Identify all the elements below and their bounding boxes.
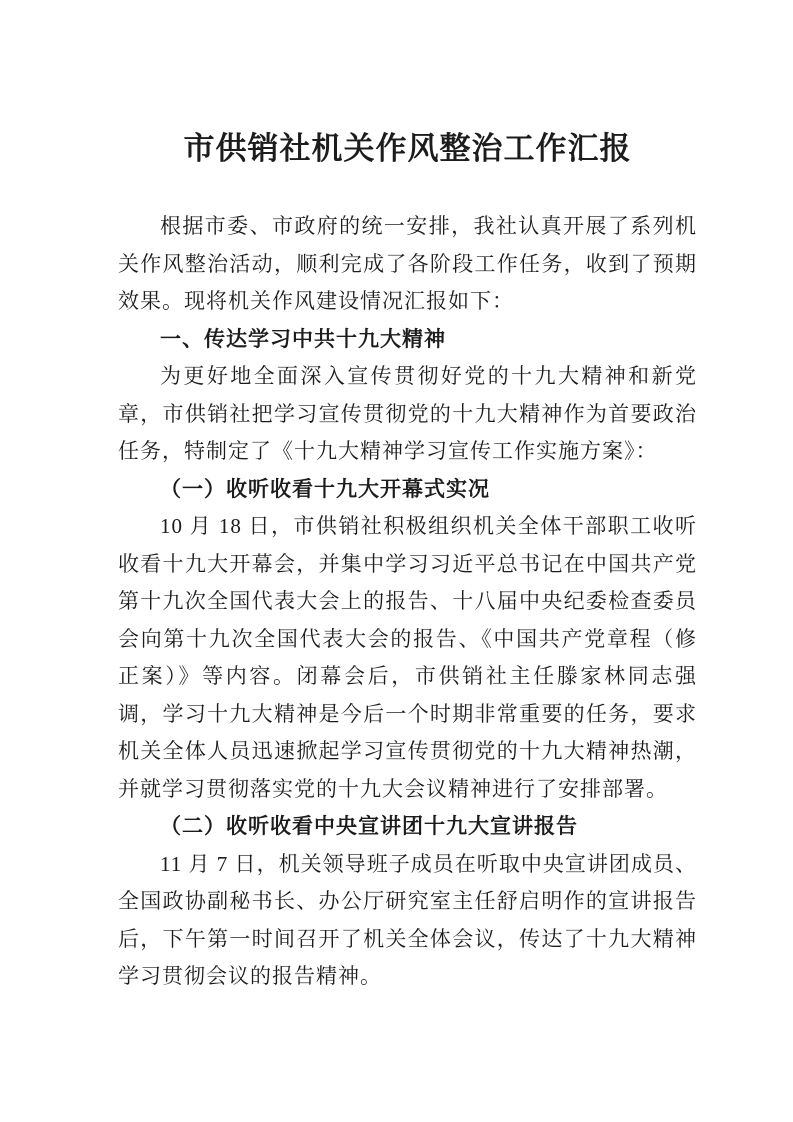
section-1-heading: 一、传达学习中共十九大精神 [118, 321, 697, 359]
document-page: 市供销社机关作风整治工作汇报 根据市委、市政府的统一安排，我社认真开展了系列机关… [0, 0, 793, 1122]
subsection-1-1-paragraph: 10 月 18 日，市供销社积极组织机关全体干部职工收听收看十九大开幕会，并集中… [118, 508, 697, 808]
subsection-1-1-heading: （一）收听收看十九大开幕式实况 [118, 471, 697, 509]
subsection-1-2-paragraph: 11 月 7 日，机关领导班子成员在听取中央宣讲团成员、全国政协副秘书长、办公厅… [118, 846, 697, 996]
document-title: 市供销社机关作风整治工作汇报 [118, 126, 697, 172]
intro-paragraph: 根据市委、市政府的统一安排，我社认真开展了系列机关作风整治活动，顺利完成了各阶段… [118, 208, 697, 321]
section-1-lead-paragraph: 为更好地全面深入宣传贯彻好党的十九大精神和新党章，市供销社把学习宣传贯彻党的十九… [118, 358, 697, 471]
subsection-1-2-heading: （二）收听收看中央宣讲团十九大宣讲报告 [118, 808, 697, 846]
